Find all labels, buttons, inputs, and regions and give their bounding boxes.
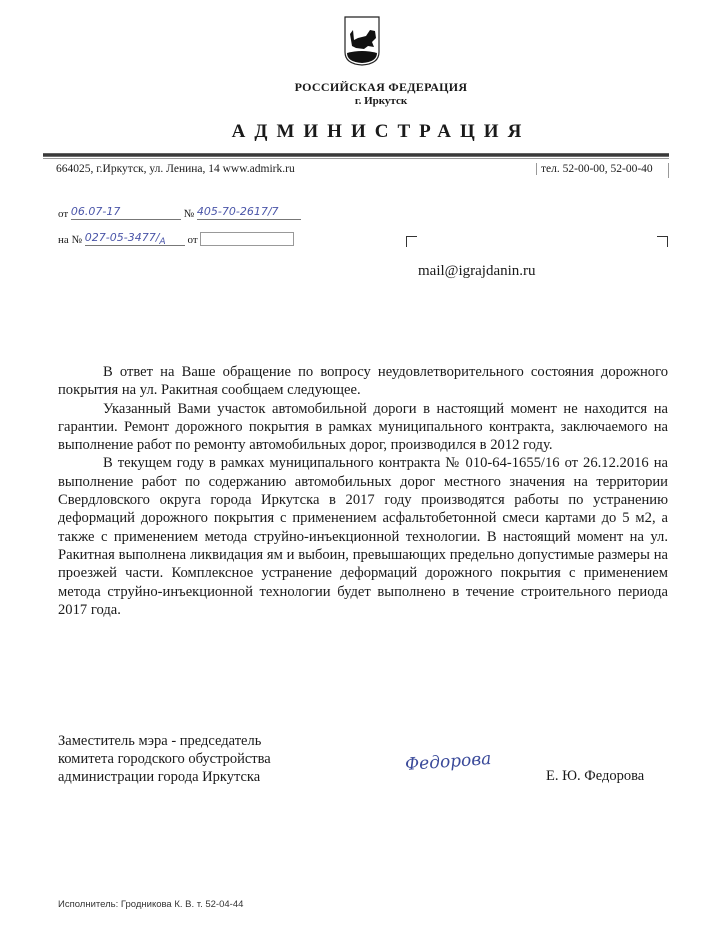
signatory-position: Заместитель мэра - председатель комитета… (58, 732, 271, 786)
city-title: г. Иркутск (30, 95, 702, 107)
paragraph: В текущем году в рамках муниципального к… (58, 454, 668, 619)
address-corner-right (657, 236, 668, 247)
address-corner-left (406, 236, 417, 247)
reply-reference: на № 027-05-3477/А от (58, 231, 294, 246)
letter-body: В ответ на Ваше обращение по вопросу неу… (58, 363, 668, 619)
country-title: РОССИЙСКАЯ ФЕДЕРАЦИЯ (30, 80, 702, 95)
address-line: 664025, г.Иркутск, ул. Ленина, 14 www.ad… (56, 163, 295, 175)
number-field: 405-70-2617/7 (197, 205, 301, 220)
number-label: № (184, 208, 195, 220)
paragraph: Указанный Вами участок автомобильной дор… (58, 400, 668, 455)
recipient-email: mail@igrajdanin.ru (418, 263, 536, 280)
coat-of-arms-icon (344, 16, 380, 66)
reply-number-field: 027-05-3477/А (85, 231, 185, 246)
signatory-name: Е. Ю. Федорова (546, 768, 644, 785)
reply-label: на № (58, 234, 82, 246)
header-divider (43, 153, 669, 157)
organization-title: АДМИНИСТРАЦИЯ (30, 121, 702, 143)
outgoing-reference: от 06.07-17 № 405-70-2617/7 (58, 205, 301, 220)
executor-line: Исполнитель: Гродникова К. В. т. 52-04-4… (58, 899, 243, 910)
from-date-field: 06.07-17 (71, 205, 181, 220)
header-divider-thin (43, 158, 669, 159)
paragraph: В ответ на Ваше обращение по вопросу неу… (58, 363, 668, 400)
from-label: от (58, 208, 68, 220)
phone-line: тел. 52-00-00, 52-00-40 (536, 163, 653, 175)
handwritten-signature: Федорова (404, 749, 492, 775)
reply-from-label: от (188, 234, 198, 246)
phone-border (668, 163, 669, 178)
reply-from-date-field (200, 232, 294, 246)
